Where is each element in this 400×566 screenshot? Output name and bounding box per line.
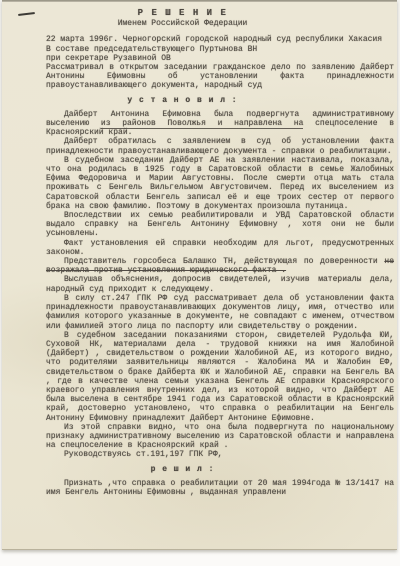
document-page: Р Е Ш Е Н И Е Именем Российской Федераци… — [2, 0, 397, 550]
paragraph: при секретаре Рузавиной ОВ — [46, 54, 394, 63]
document-content: Р Е Ш Е Н И Е Именем Российской Федераци… — [46, 9, 394, 497]
document-body: 22 марта 1996г. Черногорский городской н… — [46, 35, 394, 497]
text-segment: при секретаре Рузавиной ОВ — [46, 54, 171, 63]
paragraph: Признать ,что справка о реабилитации от … — [46, 479, 394, 497]
text-segment: Факт установления ей справки необходим д… — [46, 239, 394, 257]
paper-top-edge — [2, 0, 397, 2]
text-segment: В судебном заседании Дайберт АЕ на заявл… — [46, 156, 394, 211]
text-segment: Выслушав объяснения, допросив свидетелей… — [46, 275, 394, 293]
text-segment: 22 марта 1996г. Черногорский городской н… — [46, 35, 382, 44]
text-segment: у с т а н о в и л : — [127, 96, 237, 105]
text-segment: Впоследствии их семью реабилитировали и … — [46, 211, 394, 238]
paragraph: Рассматривал в открытом заседании гражда… — [46, 63, 394, 91]
paragraph: 22 марта 1996г. Черногорский городской н… — [46, 35, 394, 44]
text-segment: Дайберт обратилась с заявлением в суд об… — [46, 137, 394, 155]
document-header: Р Е Ш Е Н И Е Именем Российской Федераци… — [46, 9, 319, 28]
paragraph: В силу ст.247 ГПК РФ суд рассматривает д… — [46, 294, 394, 331]
document-subtitle: Именем Российской Федерации — [46, 19, 319, 28]
text-segment: Признать ,что справка о реабилитации от … — [46, 479, 394, 497]
paragraph: В судебном заседании Дайберт АЕ на заявл… — [46, 156, 394, 211]
text-segment: Представитель горсобеса Балашко ТН, дейс… — [64, 257, 384, 266]
paragraph: Руководствуясь ст.191,197 ГПК РФ, — [46, 450, 394, 459]
paragraph: Факт установления ей справки необходим д… — [46, 239, 394, 257]
text-segment: Рассматривал в открытом заседании гражда… — [46, 63, 394, 90]
text-segment: р е ш и л : — [151, 465, 215, 474]
text-segment: В силу ст.247 ГПК РФ суд рассматривает д… — [46, 294, 394, 331]
paragraph: В судебном заседании показаниями сторон,… — [46, 331, 394, 423]
paragraph: Выслушав объяснения, допросив свидетелей… — [46, 275, 394, 293]
paragraph: В составе председательствующего Пуртынов… — [46, 45, 394, 54]
paragraph: Впоследствии их семью реабилитировали и … — [46, 211, 394, 239]
pen-mark — [18, 12, 35, 16]
text-segment: В составе председательствующего Пуртынов… — [46, 45, 257, 54]
paragraph: Дайберт обратилась с заявлением в суд об… — [46, 137, 394, 155]
section-heading: у с т а н о в и л : — [46, 96, 319, 105]
document-title: Р Е Ш Е Н И Е — [46, 9, 319, 18]
paragraph: Представитель горсобеса Балашко ТН, дейс… — [46, 257, 394, 275]
paragraph: Из этой справки видно, что она была подв… — [46, 423, 394, 451]
text-segment: В судебном заседании показаниями сторон,… — [46, 331, 394, 423]
section-heading: р е ш и л : — [46, 465, 319, 474]
text-segment: Руководствуясь ст.191,197 ГПК РФ, — [64, 450, 222, 459]
paragraph: Дайберт Антонина Ефимовна была подвергну… — [46, 110, 394, 138]
text-segment: Из этой справки видно, что она была подв… — [46, 423, 394, 450]
